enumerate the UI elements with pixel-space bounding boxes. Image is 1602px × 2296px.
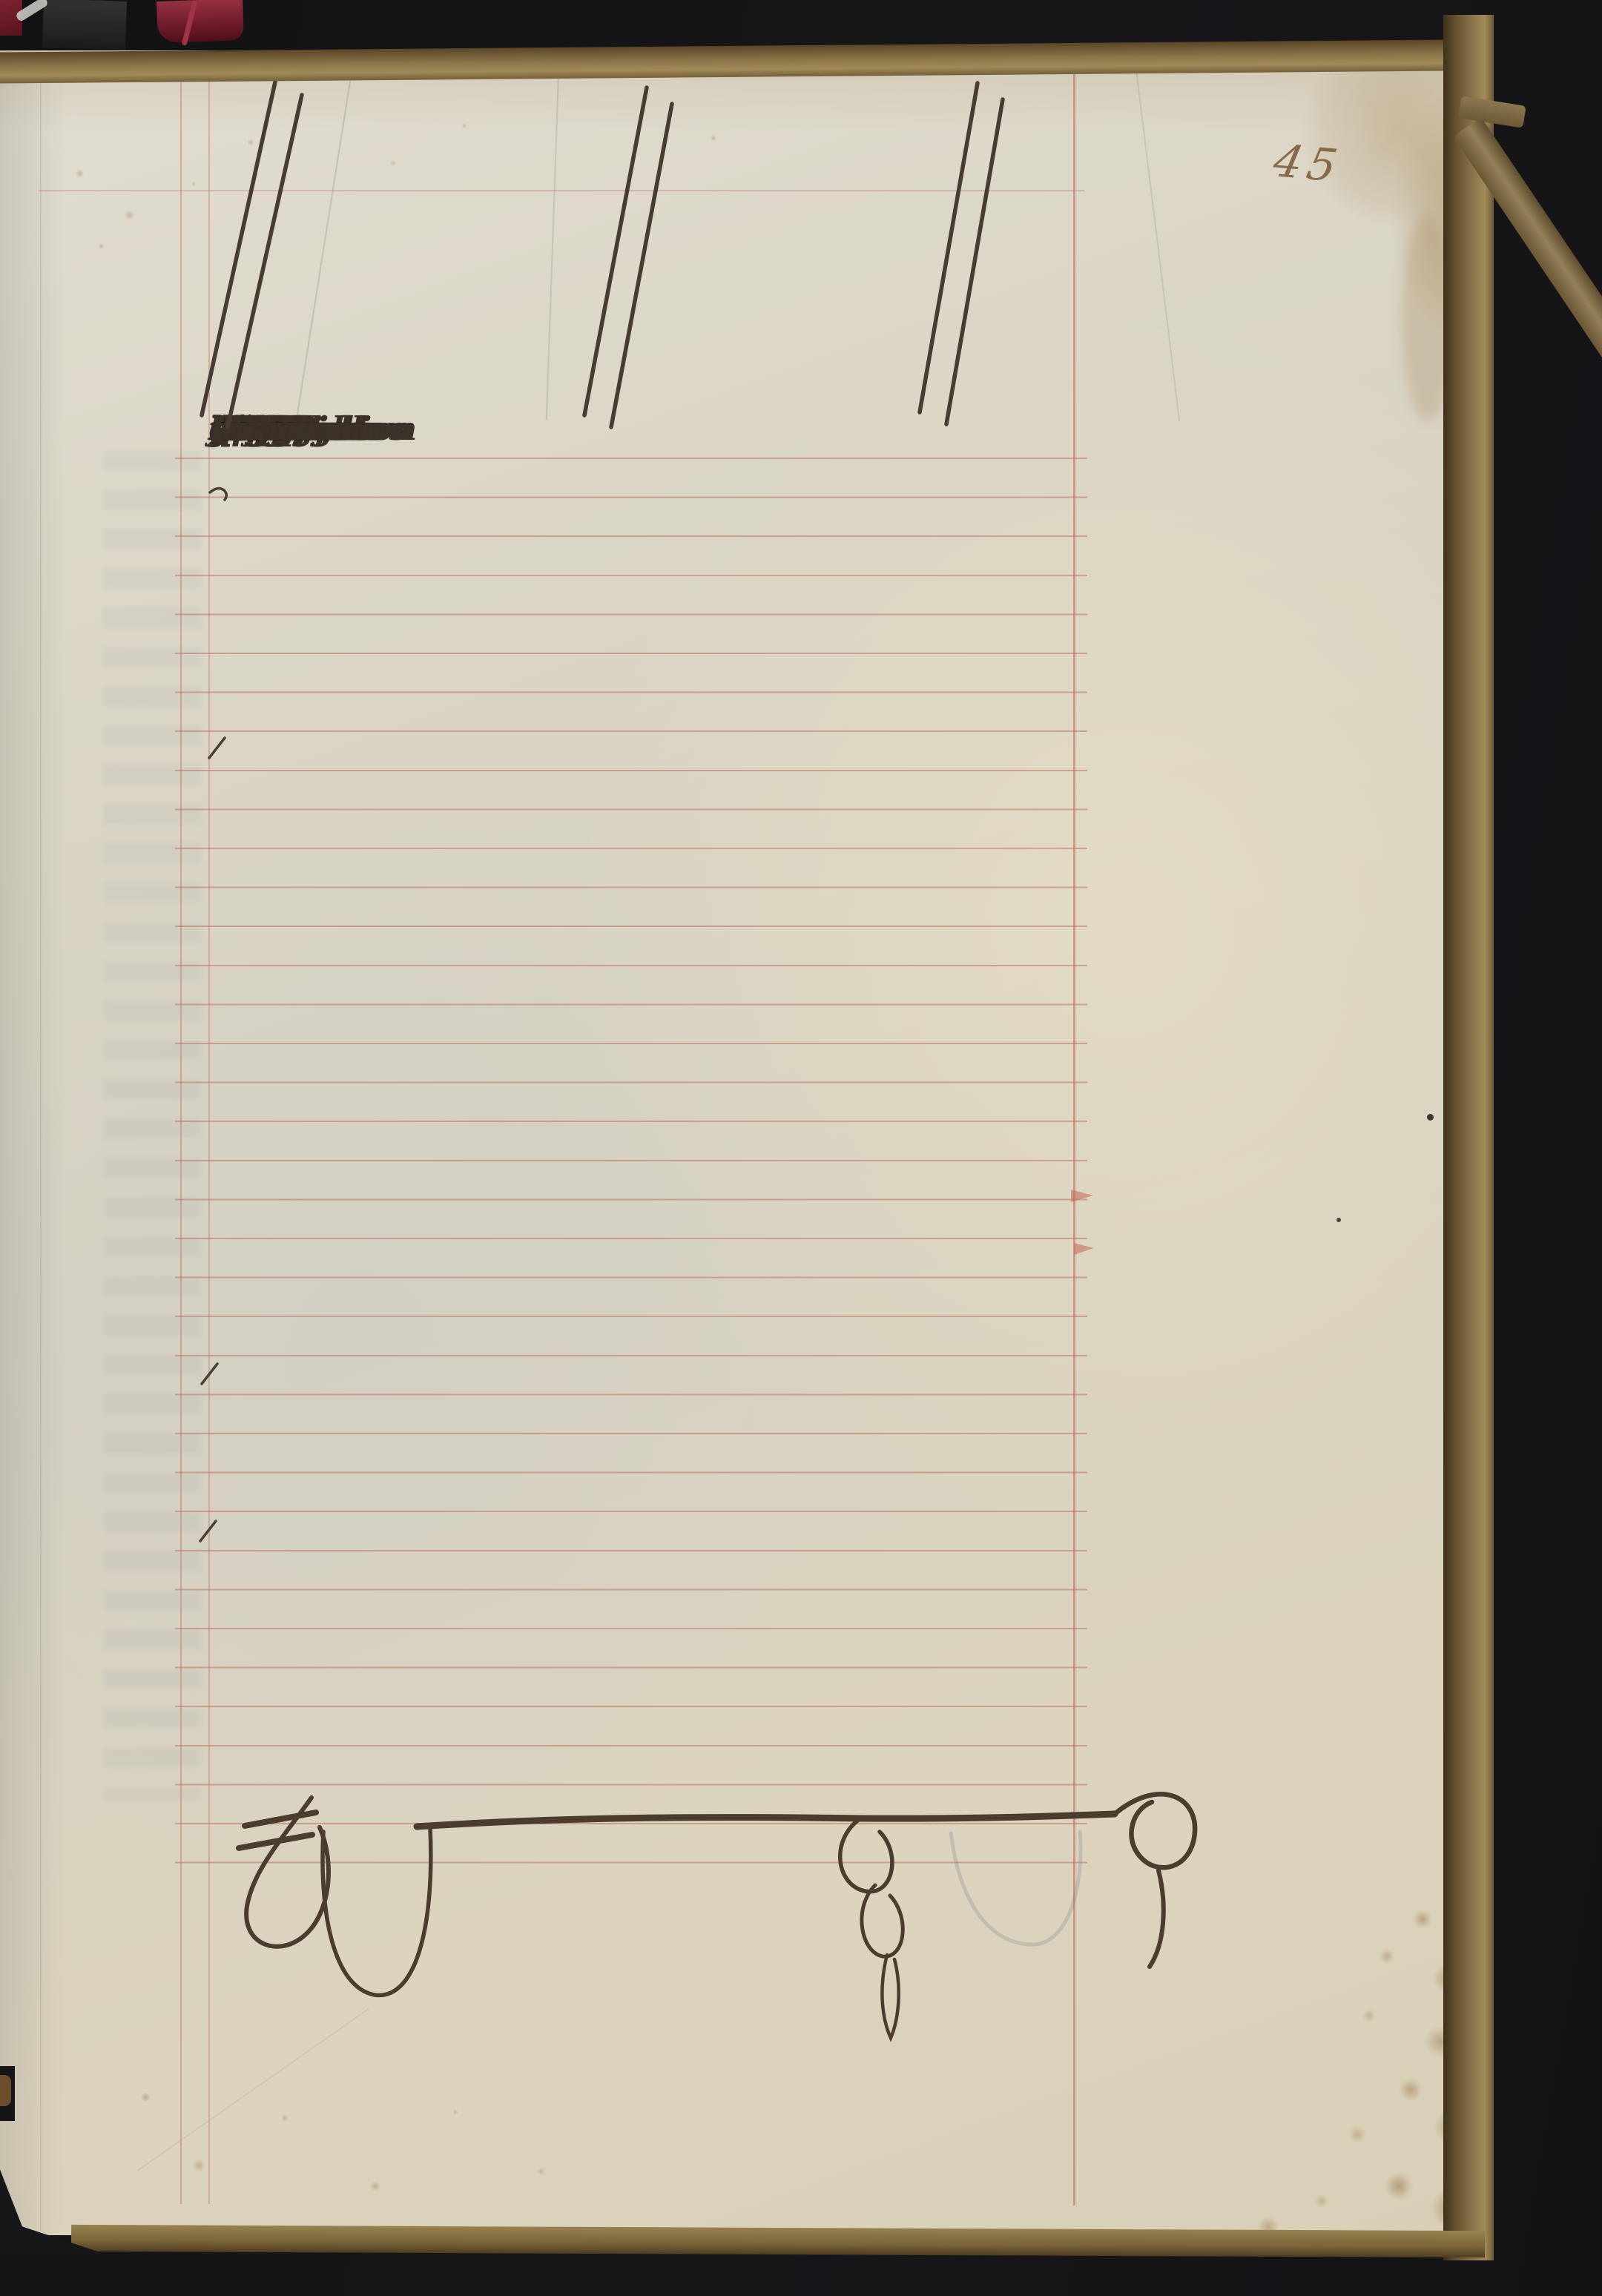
book-fore-edge [1443,15,1494,2260]
folio-number: 45 [1269,136,1347,193]
gutter-shadow [0,50,67,2235]
ink-dot [1336,1218,1341,1222]
edge-tear-scrap [0,2075,11,2106]
crease [40,58,42,2231]
ink-dot [1427,1114,1434,1121]
margin-rule-top [39,190,1084,191]
rust-spots [37,80,749,288]
ruling-lines [175,458,1087,1868]
margin-rule-left-outer [180,65,182,2204]
red-tassel [156,0,244,43]
speckle-spots [82,1934,616,2231]
parchment-page: añoslosochoodiezprimerosdelloscasadoviui… [0,50,1448,2235]
page-bottom-edge [71,2225,1485,2257]
foxing-spots [1179,1875,1476,2246]
photo-backdrop: añoslosochoodiezprimerosdelloscasadoviui… [0,0,1602,2296]
background-object [42,0,127,50]
margin-rule-left-inner [208,65,210,2204]
margin-rule-right [1073,64,1075,2206]
